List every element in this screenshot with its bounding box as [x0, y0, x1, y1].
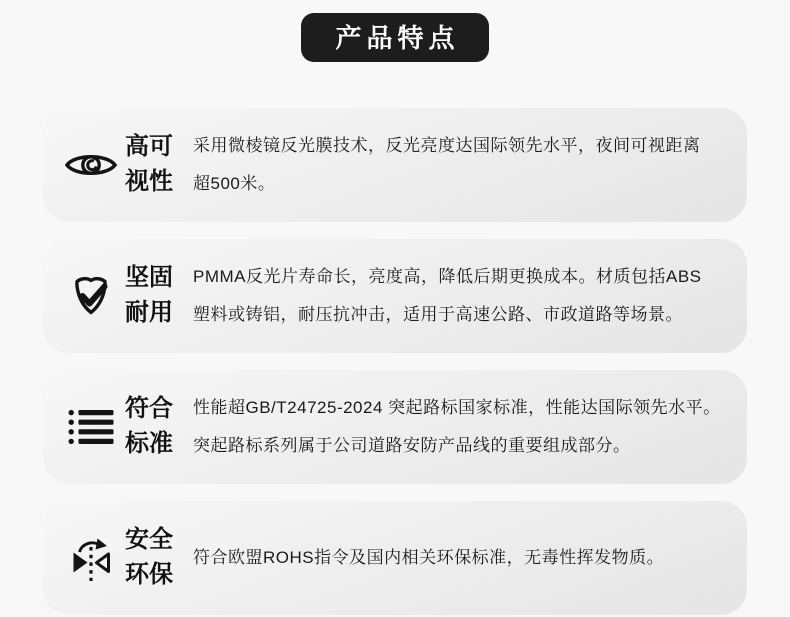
feature-card-standards: 符合 标准 性能超GB/T24725-2024 突起路标国家标准，性能达国际领先…	[43, 370, 747, 484]
feature-card-durability: 坚固 耐用 PMMA反光片寿命长，亮度高，降低后期更换成本。材质包括ABS 塑料…	[43, 239, 747, 353]
feature-card-list: 高可 视性 采用微棱镜反光膜技术，反光亮度达国际领先水平，夜间可视距离 超500…	[43, 108, 747, 615]
section-title-badge: 产品特点	[301, 13, 488, 62]
feature-card-visibility: 高可 视性 采用微棱镜反光膜技术，反光亮度达国际领先水平，夜间可视距离 超500…	[43, 108, 747, 222]
shield-check-icon	[63, 272, 119, 320]
card-description: 采用微棱镜反光膜技术，反光亮度达国际领先水平，夜间可视距离 超500米。	[193, 127, 723, 204]
card-title: 符合 标准	[125, 392, 177, 462]
card-description: PMMA反光片寿命长，亮度高，降低后期更换成本。材质包括ABS 塑料或铸铝，耐压…	[193, 258, 723, 335]
eye-icon	[63, 148, 119, 182]
card-title: 坚固 耐用	[125, 261, 177, 331]
bullet-list-icon	[63, 407, 119, 447]
feature-card-eco: 安全 环保 符合欧盟ROHS指令及国内相关环保标准，无毒性挥发物质。	[43, 501, 747, 615]
page: { "header": { "title": "产品特点", "badge_bg…	[0, 0, 790, 617]
card-description: 符合欧盟ROHS指令及国内相关环保标准，无毒性挥发物质。	[193, 539, 723, 577]
card-title: 高可 视性	[125, 130, 177, 200]
card-description: 性能超GB/T24725-2024 突起路标国家标准，性能达国际领先水平。 突起…	[193, 389, 723, 466]
flip-horizontal-icon	[63, 533, 119, 583]
card-title: 安全 环保	[125, 523, 177, 593]
